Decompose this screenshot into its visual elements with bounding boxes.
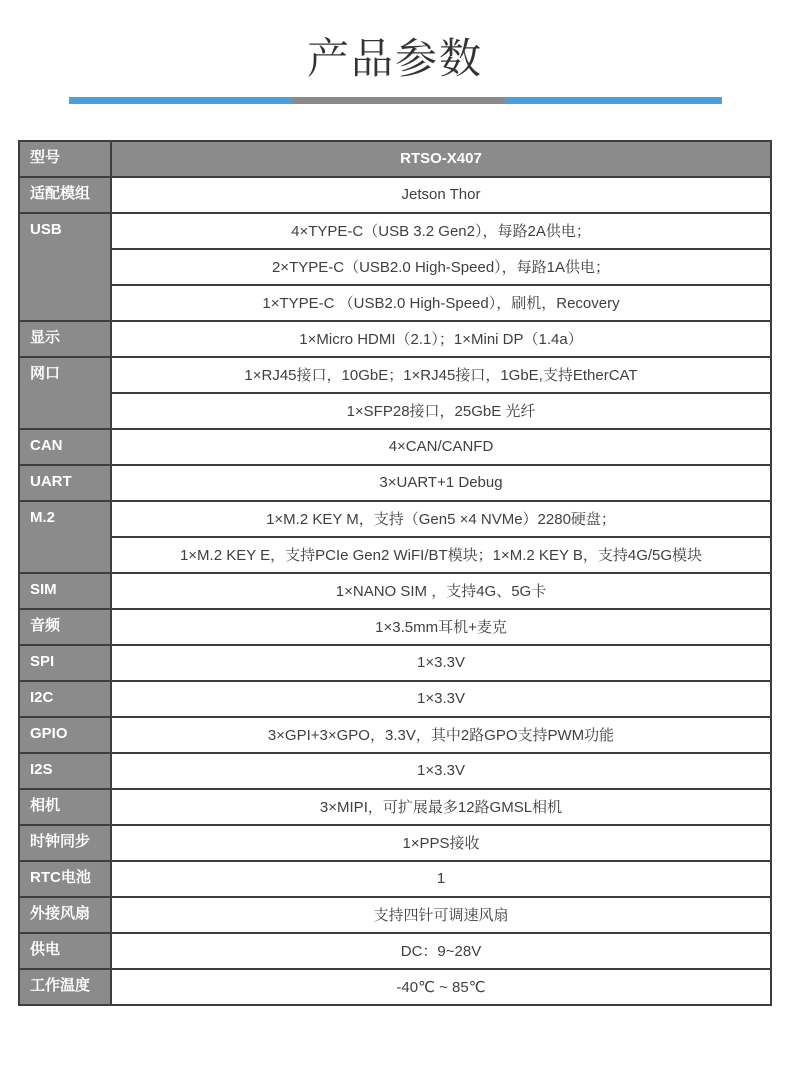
table-row: 型号RTSO-X407 [19,141,771,177]
spec-value-cell: 1×Micro HDMI（2.1）；1×Mini DP（1.4a） [111,321,771,357]
spec-label-cell: 网口 [19,357,111,429]
spec-label-cell: 时钟同步 [19,825,111,861]
spec-label-cell: 适配模组 [19,177,111,213]
spec-value-cell: 3×UART+1 Debug [111,465,771,501]
spec-label-text: 供电 [30,934,110,966]
spec-label-cell: 型号 [19,141,111,177]
spec-label-cell: GPIO [19,717,111,753]
spec-label-cell: CAN [19,429,111,465]
spec-value-cell: 4×TYPE-C（USB 3.2 Gen2），每路2A供电； [111,213,771,249]
table-row: 网口1×RJ45接口，10GbE；1×RJ45接口，1GbE,支持EtherCA… [19,357,771,393]
spec-label-text: I2C [30,682,110,714]
spec-table-body: 型号RTSO-X407适配模组Jetson ThorUSB4×TYPE-C（US… [19,141,771,1005]
table-row: 1×TYPE-C （USB2.0 High-Speed），刷机，Recovery [19,285,771,321]
spec-label-text: 型号 [30,142,110,174]
spec-value-cell: 3×MIPI，可扩展最多12路GMSL相机 [111,789,771,825]
spec-label-text: 显示 [30,322,110,354]
spec-label-cell: 工作温度 [19,969,111,1005]
spec-label-text: UART [30,466,110,498]
spec-value-cell: 1×3.5mm耳机+麦克 [111,609,771,645]
spec-label-cell: 音频 [19,609,111,645]
table-row: I2C1×3.3V [19,681,771,717]
table-row: 1×SFP28接口，25GbE 光纤 [19,393,771,429]
spec-label-text: GPIO [30,718,110,750]
spec-label-cell: 供电 [19,933,111,969]
spec-label-text: 外接风扇 [30,898,110,930]
table-row: 音频1×3.5mm耳机+麦克 [19,609,771,645]
spec-label-cell: 相机 [19,789,111,825]
table-row: 显示1×Micro HDMI（2.1）；1×Mini DP（1.4a） [19,321,771,357]
table-row: 外接风扇支持四针可调速风扇 [19,897,771,933]
table-row: SPI1×3.3V [19,645,771,681]
spec-value-cell: 1×3.3V [111,753,771,789]
table-row: GPIO3×GPI+3×GPO，3.3V，其中2路GPO支持PWM功能 [19,717,771,753]
table-row: 1×M.2 KEY E，支持PCIe Gen2 WiFI/BT模块；1×M.2 … [19,537,771,573]
spec-label-text: RTC电池 [30,862,110,894]
spec-value-cell: 4×CAN/CANFD [111,429,771,465]
product-spec-table: 型号RTSO-X407适配模组Jetson ThorUSB4×TYPE-C（US… [18,140,772,1006]
spec-value-cell: 1×PPS接收 [111,825,771,861]
spec-label-text: 适配模组 [30,178,110,210]
spec-label-cell: USB [19,213,111,321]
divider-segment-blue-right [505,97,722,104]
spec-label-cell: 显示 [19,321,111,357]
spec-label-text: 工作温度 [30,970,110,1002]
spec-value-cell: 1 [111,861,771,897]
spec-label-cell: UART [19,465,111,501]
page-title: 产品参数 [0,30,790,89]
table-row: SIM1×NANO SIM ，支持4G、5G卡 [19,573,771,609]
divider-segment-blue-left [69,97,293,104]
spec-label-text: SIM [30,574,110,606]
spec-label-cell: RTC电池 [19,861,111,897]
spec-value-cell: 1×NANO SIM ，支持4G、5G卡 [111,573,771,609]
table-row: CAN4×CAN/CANFD [19,429,771,465]
spec-value-cell: 1×RJ45接口，10GbE；1×RJ45接口，1GbE,支持EtherCAT [111,357,771,393]
spec-value-cell: 3×GPI+3×GPO，3.3V，其中2路GPO支持PWM功能 [111,717,771,753]
spec-label-cell: 外接风扇 [19,897,111,933]
spec-label-text: CAN [30,430,110,462]
spec-label-cell: M.2 [19,501,111,573]
title-divider-bar [69,97,722,104]
spec-value-cell: 1×3.3V [111,645,771,681]
spec-label-text: I2S [30,754,110,786]
spec-label-text: USB [30,214,110,246]
divider-segment-gray-center [292,97,504,104]
table-row: USB4×TYPE-C（USB 3.2 Gen2），每路2A供电； [19,213,771,249]
spec-label-text: 时钟同步 [30,826,110,858]
spec-value-cell: 1×SFP28接口，25GbE 光纤 [111,393,771,429]
table-row: I2S1×3.3V [19,753,771,789]
spec-value-cell: -40℃ ~ 85℃ [111,969,771,1005]
spec-value-cell: RTSO-X407 [111,141,771,177]
spec-label-text: SPI [30,646,110,678]
table-row: 相机3×MIPI，可扩展最多12路GMSL相机 [19,789,771,825]
table-row: RTC电池1 [19,861,771,897]
spec-label-cell: SPI [19,645,111,681]
spec-label-text: 音频 [30,610,110,642]
spec-value-cell: 1×TYPE-C （USB2.0 High-Speed），刷机，Recovery [111,285,771,321]
table-row: M.21×M.2 KEY M，支持（Gen5 ×4 NVMe）2280硬盘； [19,501,771,537]
table-row: 2×TYPE-C（USB2.0 High-Speed），每路1A供电； [19,249,771,285]
spec-label-text: 网口 [30,358,110,390]
spec-label-text: M.2 [30,502,110,534]
table-row: 时钟同步1×PPS接收 [19,825,771,861]
spec-value-cell: 支持四针可调速风扇 [111,897,771,933]
spec-label-cell: I2S [19,753,111,789]
table-row: 供电DC：9~28V [19,933,771,969]
spec-value-cell: 2×TYPE-C（USB2.0 High-Speed），每路1A供电； [111,249,771,285]
spec-value-cell: Jetson Thor [111,177,771,213]
table-row: UART3×UART+1 Debug [19,465,771,501]
spec-value-cell: DC：9~28V [111,933,771,969]
spec-label-cell: SIM [19,573,111,609]
spec-value-cell: 1×M.2 KEY E，支持PCIe Gen2 WiFI/BT模块；1×M.2 … [111,537,771,573]
table-row: 工作温度-40℃ ~ 85℃ [19,969,771,1005]
spec-label-text: 相机 [30,790,110,822]
spec-value-cell: 1×3.3V [111,681,771,717]
spec-label-cell: I2C [19,681,111,717]
table-row: 适配模组Jetson Thor [19,177,771,213]
spec-value-cell: 1×M.2 KEY M，支持（Gen5 ×4 NVMe）2280硬盘； [111,501,771,537]
